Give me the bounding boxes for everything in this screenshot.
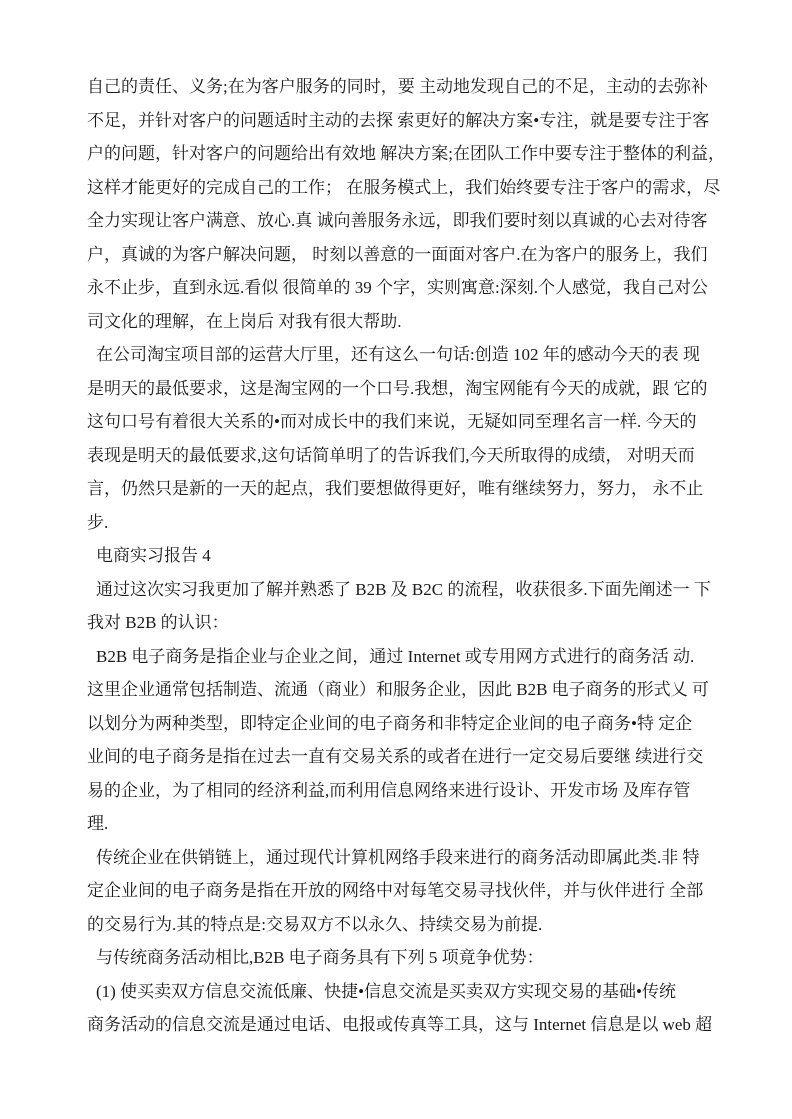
text-line: 言，仍然只是新的一天的起点，我们要想做得更好，唯有继续努力，努力， 永不止 xyxy=(87,472,747,506)
text-line: 不足，并针对客户的问题适时主动的去探 索更好的解决方案•专注，就是要专注于客 xyxy=(87,104,747,138)
text-line: 传统企业在供销链上，通过现代计算机网络手段来进行的商务活动即属此类.非 特 xyxy=(87,841,747,875)
text-line: 步. xyxy=(87,506,747,540)
text-line: 是明天的最低要求，这是淘宝网的一个口号.我想，淘宝网能有今天的成就，跟 它的 xyxy=(87,372,747,406)
document-page: 自己的责任、义务;在为客户服务的同时，要 主动地发现自己的不足，主动的去弥补不足… xyxy=(0,0,792,1119)
text-line: (1) 使买卖双方信息交流低廉、快捷•信息交流是买卖双方实现交易的基础•传统 xyxy=(87,975,747,1009)
text-line: 定企业间的电子商务是指在开放的网络中对每笔交易寻找伙伴，并与伙伴进行 全部 xyxy=(87,874,747,908)
text-line: 电商实习报告 4 xyxy=(87,539,747,573)
text-line: 的交易行为.其的特点是:交易双方不以永久、持续交易为前提. xyxy=(87,908,747,942)
text-line: 表现是明天的最低要求,这句话简单明了的告诉我们,今天所取得的成绩， 对明天而 xyxy=(87,439,747,473)
text-line: 我对 B2B 的认识： xyxy=(87,606,747,640)
text-line: 以划分为两种类型，即特定企业间的电子商务和非特定企业间的电子商务•特 定企 xyxy=(87,707,747,741)
text-line: 永不止步，直到永远.看似 很简单的 39 个字，实则寓意:深刻.个人感觉，我自己… xyxy=(87,271,747,305)
text-line: 与传统商务活动相比,B2B 电子商务具有下列 5 项竟争优势： xyxy=(87,941,747,975)
text-line: 自己的责任、义务;在为客户服务的同时，要 主动地发现自己的不足，主动的去弥补 xyxy=(87,70,747,104)
text-line: 这样才能更好的完成自己的工作； 在服务模式上，我们始终要专注于客户的需求，尽 xyxy=(87,171,747,205)
document-text: 自己的责任、义务;在为客户服务的同时，要 主动地发现自己的不足，主动的去弥补不足… xyxy=(87,70,747,1042)
text-line: 商务活动的信息交流是通过电话、电报或传真等工具，这与 Internet 信息是以… xyxy=(87,1008,747,1042)
text-line: 户的问题，针对客户的问题给出有效地 解决方案;在团队工作中要专注于整体的利益， xyxy=(87,137,747,171)
text-line: 在公司淘宝项目部的运营大厅里，还有这么一句话:创造 102 年的感动今天的表 现 xyxy=(87,338,747,372)
text-line: 业间的电子商务是指在过去一直有交易关系的或者在进行一定交易后要继 续进行交 xyxy=(87,740,747,774)
text-line: 这里企业通常包括制造、流通（商业）和服务企业，因此 B2B 电子商务的形式乂 可 xyxy=(87,673,747,707)
text-line: 全力实现让客户满意、放心.真 诚向善服务永远，即我们要时刻以真诚的心去对待客 xyxy=(87,204,747,238)
text-line: 易的企业，为了相同的经济利益,而利用信息网络来进行设讣、开发市场 及库存管 xyxy=(87,774,747,808)
text-line: 户，真诚的为客户解决问题， 时刻以善意的一面面对客户.在为客户的服务上，我们 xyxy=(87,238,747,272)
text-line: 理. xyxy=(87,807,747,841)
text-line: 司文化的理解，在上岗后 对我有很大帮助. xyxy=(87,305,747,339)
text-line: B2B 电子商务是指企业与企业之间，通过 Internet 或专用网方式进行的商… xyxy=(87,640,747,674)
text-line: 这句口号有着很大关系的•而对成长中的我们来说，无疑如同至理名言一样. 今天的 xyxy=(87,405,747,439)
text-line: 通过这次实习我更加了解并熟悉了 B2B 及 B2C 的流程，收获很多.下面先阐述… xyxy=(87,573,747,607)
